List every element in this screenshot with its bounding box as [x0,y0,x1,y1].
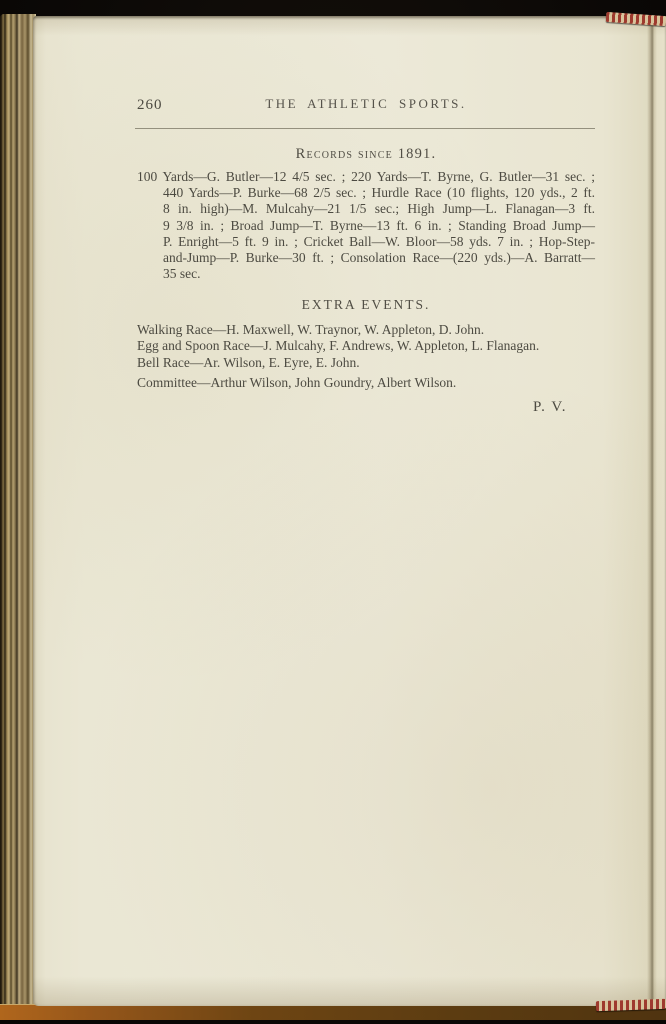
author-initials: P. V. [137,399,595,416]
running-title: THE ATHLETIC SPORTS. [137,96,595,112]
spine-crease [647,20,657,1004]
extra-events-list: Walking Race—H. Maxwell, W. Traynor, W. … [137,322,595,371]
extra-event-line: Bell Race—Ar. Wilson, E. Eyre, E. John. [137,355,595,371]
extra-event-line: Egg and Spoon Race—J. Mulcahy, F. Andrew… [137,338,595,354]
extra-event-line: Walking Race—H. Maxwell, W. Traynor, W. … [137,322,595,338]
book-page-edges [0,14,36,1012]
record-line: 35 sec. [137,266,595,282]
book-cover-edge [0,1004,666,1020]
record-line: 100 Yards—G. Butler—12 4/5 sec. ; 220 Ya… [137,169,595,185]
records-paragraph: 100 Yards—G. Butler—12 4/5 sec. ; 220 Ya… [137,169,595,282]
record-line: 9 3/8 in. ; Broad Jump—T. Byrne—13 ft. 6… [137,218,595,234]
photo-background: 260 THE ATHLETIC SPORTS. Records since 1… [0,0,666,1024]
page-number: 260 [137,97,163,114]
extra-events-heading: EXTRA EVENTS. [137,297,595,313]
record-line: and-Jump—P. Burke—30 ft. ; Consolation R… [137,250,595,266]
page-header: 260 THE ATHLETIC SPORTS. [137,96,595,114]
record-line: P. Enright—5 ft. 9 in. ; Cricket Ball—W.… [137,234,595,250]
page-text: 260 THE ATHLETIC SPORTS. Records since 1… [137,96,595,426]
record-line: 8 in. high)—M. Mulcahy—21 1/5 sec.; High… [137,201,595,217]
committee-line: Committee—Arthur Wilson, John Goundry, A… [137,375,595,391]
record-line: 440 Yards—P. Burke—68 2/5 sec. ; Hurdle … [137,185,595,201]
header-rule [135,128,595,129]
records-heading: Records since 1891. [137,146,595,163]
